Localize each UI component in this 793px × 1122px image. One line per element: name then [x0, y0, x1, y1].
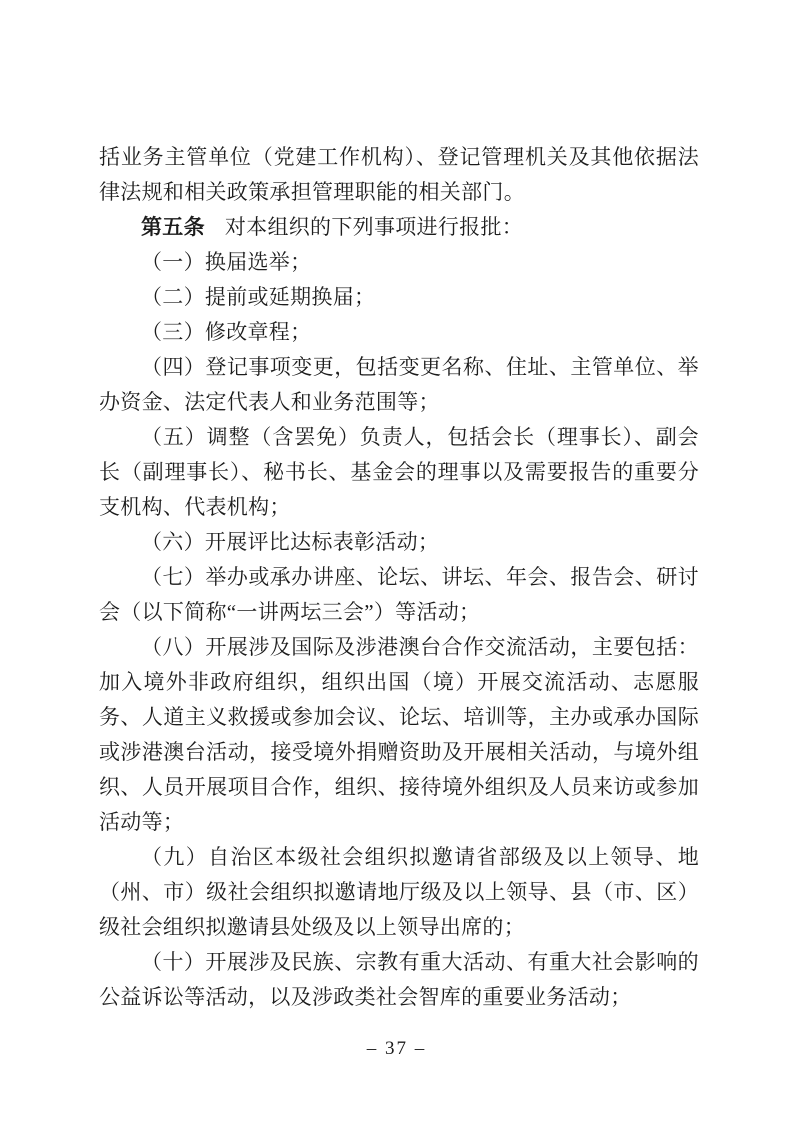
list-item: （一）换届选举； — [99, 245, 699, 280]
list-item: （十）开展涉及民族、宗教有重大活动、有重大社会影响的公益诉讼等活动，以及涉政类社… — [99, 945, 699, 1015]
list-item: （七）举办或承办讲座、论坛、讲坛、年会、报告会、研讨会（以下简称“一讲两坛三会”… — [99, 560, 699, 630]
list-item: （五）调整（含罢免）负责人，包括会长（理事长）、副会长（副理事长）、秘书长、基金… — [99, 420, 699, 525]
document-page: 括业务主管单位（党建工作机构）、登记管理机关及其他依据法律法规和相关政策承担管理… — [0, 0, 793, 1122]
list-item: （八）开展涉及国际及涉港澳台合作交流活动，主要包括：加入境外非政府组织，组织出国… — [99, 630, 699, 840]
continuation-paragraph: 括业务主管单位（党建工作机构）、登记管理机关及其他依据法律法规和相关政策承担管理… — [99, 140, 699, 210]
list-item: （三）修改章程； — [99, 315, 699, 350]
list-item: （六）开展评比达标表彰活动； — [99, 525, 699, 560]
article-heading-paragraph: 第五条对本组织的下列事项进行报批： — [99, 210, 699, 245]
article-heading-text: 对本组织的下列事项进行报批： — [225, 215, 523, 239]
document-body: 括业务主管单位（党建工作机构）、登记管理机关及其他依据法律法规和相关政策承担管理… — [99, 140, 699, 1015]
list-item: （二）提前或延期换届； — [99, 280, 699, 315]
list-item: （九）自治区本级社会组织拟邀请省部级及以上领导、地（州、市）级社会组织拟邀请地厅… — [99, 840, 699, 945]
list-item: （四）登记事项变更，包括变更名称、住址、主管单位、举办资金、法定代表人和业务范围… — [99, 350, 699, 420]
article-number-label: 第五条 — [141, 215, 205, 239]
page-number: – 37 – — [0, 1038, 793, 1060]
